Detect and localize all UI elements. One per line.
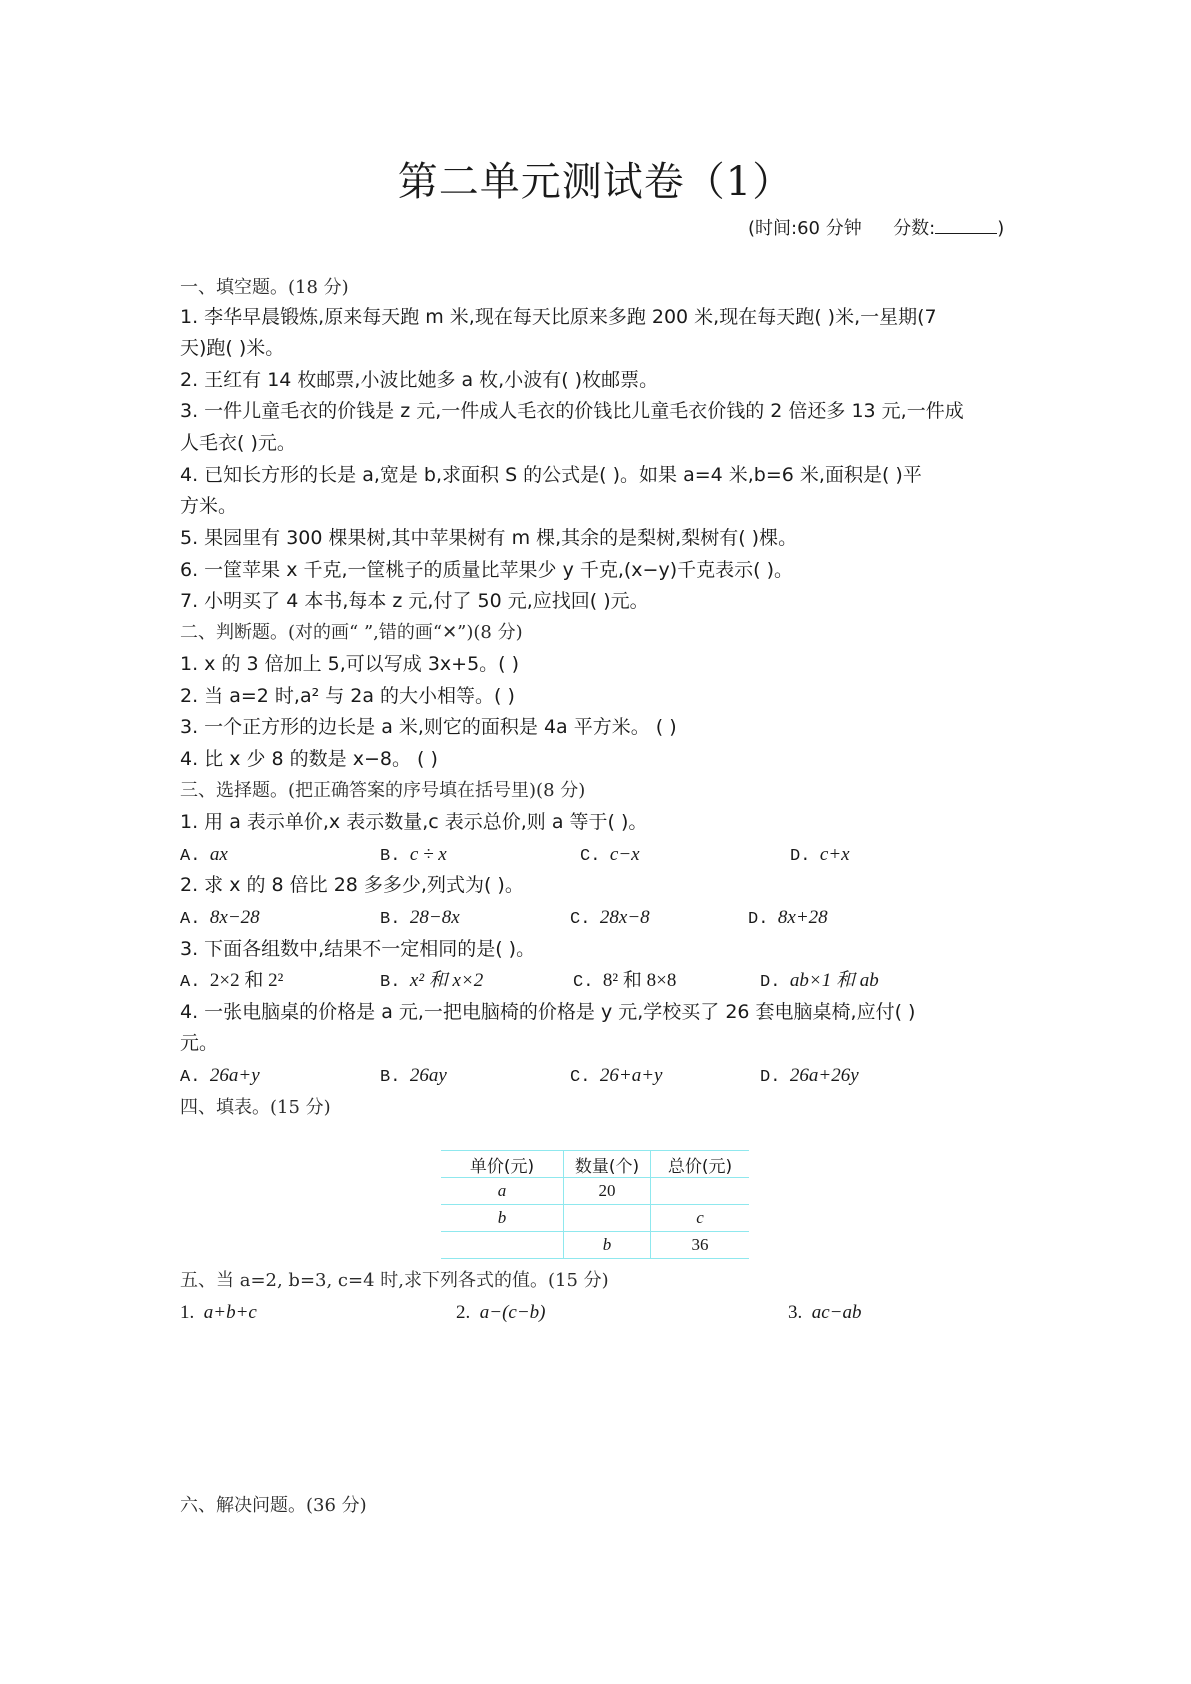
s1-question-4-line-1: 4. 已知长方形的长是 a,宽是 b,求面积 S 的公式是( )。如果 a=4 … (180, 460, 922, 491)
s3-q1-option-b: B. c ÷ x (380, 839, 447, 872)
table-row: b 36 (441, 1232, 749, 1259)
s3-q1-option-a: A. ax (180, 839, 228, 872)
table-row: a 20 (441, 1178, 749, 1205)
table-cell-blank[interactable] (441, 1232, 564, 1259)
page-title: 第二单元测试卷（1） (0, 150, 1191, 207)
s1-question-6: 6. 一筐苹果 x 千克,一筐桃子的质量比苹果少 y 千克,(x−y)千克表示(… (180, 555, 793, 586)
s3-q1-option-d: D. c+x (790, 839, 850, 872)
s3-q3-option-d: D. ab×1 和 ab (760, 965, 879, 998)
s1-question-3-line-2: 人毛衣( )元。 (180, 428, 296, 459)
s1-question-4-line-2: 方米。 (180, 491, 237, 522)
fill-table: 单价(元) 数量(个) 总价(元) a 20 b c b 36 (441, 1150, 749, 1259)
time-limit: (时间:60 分钟 (748, 218, 862, 239)
section-2-heading: 二、判断题。(对的画“ ”,错的画“✕”)(8 分) (180, 617, 523, 648)
table-header-total-price: 总价(元) (651, 1151, 750, 1178)
s1-question-3-line-1: 3. 一件儿童毛衣的价钱是 z 元,一件成人毛衣的价钱比儿童毛衣价钱的 2 倍还… (180, 396, 964, 427)
s3-q3-option-c: C. 8² 和 8×8 (573, 965, 676, 998)
table-row: b c (441, 1205, 749, 1232)
s2-question-4: 4. 比 x 少 8 的数是 x−8。 ( ) (180, 744, 438, 775)
score-close: ) (997, 218, 1004, 239)
score-label: 分数: (893, 218, 935, 239)
s1-question-1-line-2: 天)跑( )米。 (180, 333, 284, 364)
s2-question-2: 2. 当 a=2 时,a² 与 2a 的大小相等。( ) (180, 681, 515, 712)
s3-q2-option-d: D. 8x+28 (748, 902, 828, 935)
table-cell: b (441, 1205, 564, 1232)
s3-question-1-stem: 1. 用 a 表示单价,x 表示数量,c 表示总价,则 a 等于( )。 (180, 807, 647, 838)
s5-item-3: 3. ac−ab (788, 1297, 862, 1328)
s3-q2-option-a: A. 8x−28 (180, 902, 260, 935)
exam-meta: (时间:60 分钟 分数:) (748, 214, 1004, 240)
s3-q4-option-c: C. 26+a+y (570, 1060, 662, 1093)
s3-q2-option-c: C. 28x−8 (570, 902, 650, 935)
s3-q2-option-b: B. 28−8x (380, 902, 460, 935)
table-cell-blank[interactable] (651, 1178, 750, 1205)
section-4-heading: 四、填表。(15 分) (180, 1092, 331, 1123)
section-6-heading: 六、解决问题。(36 分) (180, 1490, 367, 1521)
s1-question-5: 5. 果园里有 300 棵果树,其中苹果树有 m 棵,其余的是梨树,梨树有( )… (180, 523, 797, 554)
table-header-quantity: 数量(个) (564, 1151, 651, 1178)
section-3-heading: 三、选择题。(把正确答案的序号填在括号里)(8 分) (180, 775, 585, 806)
table-cell: c (651, 1205, 750, 1232)
table-cell: 20 (564, 1178, 651, 1205)
s3-q4-option-d: D. 26a+26y (760, 1060, 859, 1093)
table-cell: 36 (651, 1232, 750, 1259)
s3-q3-option-a: A. 2×2 和 2² (180, 965, 283, 998)
table-header-unit-price: 单价(元) (441, 1151, 564, 1178)
s3-question-4-stem: 4. 一张电脑桌的价格是 a 元,一把电脑椅的价格是 y 元,学校买了 26 套… (180, 997, 915, 1028)
s2-question-1: 1. x 的 3 倍加上 5,可以写成 3x+5。( ) (180, 649, 519, 680)
section-1-heading: 一、填空题。(18 分) (180, 272, 349, 303)
s3-q4-option-b: B. 26ay (380, 1060, 447, 1093)
s3-q1-option-c: C. c−x (580, 839, 640, 872)
s5-item-1: 1. a+b+c (180, 1297, 257, 1328)
s3-q3-option-b: B. x² 和 x×2 (380, 965, 483, 998)
s3-question-3-stem: 3. 下面各组数中,结果不一定相同的是( )。 (180, 934, 535, 965)
s1-question-1-line-1: 1. 李华早晨锻炼,原来每天跑 m 米,现在每天比原来多跑 200 米,现在每天… (180, 302, 937, 333)
table-header-row: 单价(元) 数量(个) 总价(元) (441, 1151, 749, 1178)
s1-question-2: 2. 王红有 14 枚邮票,小波比她多 a 枚,小波有( )枚邮票。 (180, 365, 658, 396)
s3-question-4-stem-line-2: 元。 (180, 1028, 218, 1059)
score-blank[interactable] (935, 217, 997, 234)
table-cell: b (564, 1232, 651, 1259)
s1-question-7: 7. 小明买了 4 本书,每本 z 元,付了 50 元,应找回( )元。 (180, 586, 649, 617)
s2-question-3: 3. 一个正方形的边长是 a 米,则它的面积是 4a 平方米。 ( ) (180, 712, 677, 743)
table-cell: a (441, 1178, 564, 1205)
s5-item-2: 2. a−(c−b) (456, 1297, 545, 1328)
table-cell-blank[interactable] (564, 1205, 651, 1232)
s3-q4-option-a: A. 26a+y (180, 1060, 260, 1093)
section-5-heading: 五、当 a=2, b=3, c=4 时,求下列各式的值。(15 分) (180, 1265, 609, 1296)
s3-question-2-stem: 2. 求 x 的 8 倍比 28 多多少,列式为( )。 (180, 870, 524, 901)
